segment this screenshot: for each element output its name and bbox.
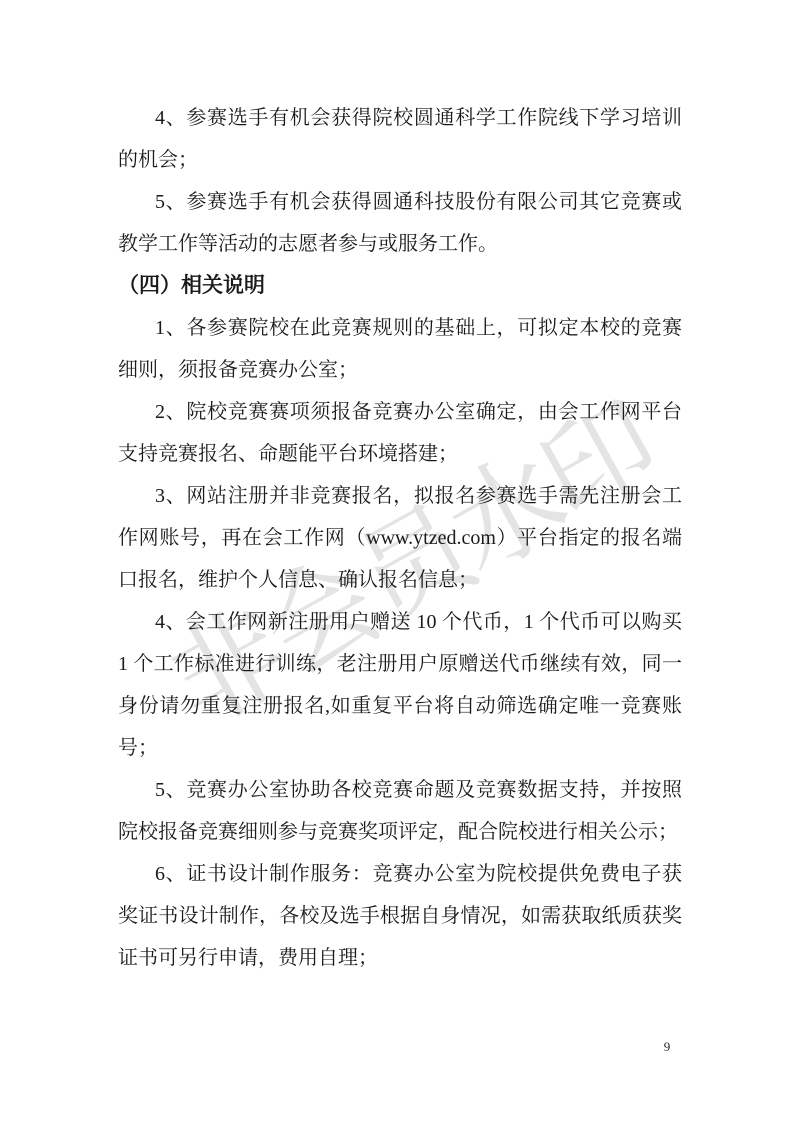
doc-line: 支持竞赛报名、命题能平台环境搭建； bbox=[118, 433, 682, 475]
paragraph-benefit-item-5: 5、参赛选手有机会获得圆通科技股份有限公司其它竞赛或 教学工作等活动的志愿者参与… bbox=[118, 181, 682, 265]
doc-line: 细则，须报备竞赛办公室； bbox=[118, 349, 682, 391]
doc-line: 作网账号，再在会工作网（www.ytzed.com）平台指定的报名端 bbox=[118, 517, 682, 559]
doc-line: 5、参赛选手有机会获得圆通科技股份有限公司其它竞赛或 bbox=[118, 181, 682, 223]
doc-line: 证书可另行申请，费用自理； bbox=[118, 937, 682, 979]
doc-line: 院校报备竞赛细则参与竞赛奖项评定，配合院校进行相关公示； bbox=[118, 811, 682, 853]
doc-line: 奖证书设计制作，各校及选手根据自身情况，如需获取纸质获奖 bbox=[118, 895, 682, 937]
doc-line: 的机会； bbox=[118, 139, 682, 181]
doc-line: 教学工作等活动的志愿者参与或服务工作。 bbox=[118, 223, 682, 265]
doc-line: 身份请勿重复注册报名,如重复平台将自动筛选确定唯一竞赛账 bbox=[118, 685, 682, 727]
paragraph-note-6: 6、证书设计制作服务：竞赛办公室为院校提供免费电子获 奖证书设计制作，各校及选手… bbox=[118, 853, 682, 979]
page-number: 9 bbox=[655, 1038, 679, 1056]
paragraph-note-2: 2、院校竞赛赛项须报备竞赛办公室确定，由会工作网平台 支持竞赛报名、命题能平台环… bbox=[118, 391, 682, 475]
doc-line: 1、各参赛院校在此竞赛规则的基础上，可拟定本校的竞赛 bbox=[118, 307, 682, 349]
section-heading: （四）相关说明 bbox=[118, 265, 682, 307]
doc-line: 5、竞赛办公室协助各校竞赛命题及竞赛数据支持，并按照 bbox=[118, 769, 682, 811]
doc-line: 3、网站注册并非竞赛报名，拟报名参赛选手需先注册会工 bbox=[118, 475, 682, 517]
paragraph-note-3: 3、网站注册并非竞赛报名，拟报名参赛选手需先注册会工 作网账号，再在会工作网（w… bbox=[118, 475, 682, 601]
doc-line: 1 个工作标准进行训练，老注册用户原赠送代币继续有效，同一 bbox=[118, 643, 682, 685]
doc-line: 口报名，维护个人信息、确认报名信息； bbox=[118, 559, 682, 601]
doc-line: 4、参赛选手有机会获得院校圆通科学工作院线下学习培训 bbox=[118, 97, 682, 139]
doc-line: 2、院校竞赛赛项须报备竞赛办公室确定，由会工作网平台 bbox=[118, 391, 682, 433]
paragraph-note-4: 4、会工作网新注册用户赠送 10 个代币，1 个代币可以购买 1 个工作标准进行… bbox=[118, 601, 682, 769]
document-page: 非会员水印 4、参赛选手有机会获得院校圆通科学工作院线下学习培训 的机会； 5、… bbox=[0, 0, 793, 1122]
paragraph-note-1: 1、各参赛院校在此竞赛规则的基础上，可拟定本校的竞赛 细则，须报备竞赛办公室； bbox=[118, 307, 682, 391]
paragraph-note-5: 5、竞赛办公室协助各校竞赛命题及竞赛数据支持，并按照 院校报备竞赛细则参与竞赛奖… bbox=[118, 769, 682, 853]
doc-line: 6、证书设计制作服务：竞赛办公室为院校提供免费电子获 bbox=[118, 853, 682, 895]
document-body: 4、参赛选手有机会获得院校圆通科学工作院线下学习培训 的机会； 5、参赛选手有机… bbox=[118, 97, 682, 979]
paragraph-benefit-item-4: 4、参赛选手有机会获得院校圆通科学工作院线下学习培训 的机会； bbox=[118, 97, 682, 181]
doc-line: 4、会工作网新注册用户赠送 10 个代币，1 个代币可以购买 bbox=[118, 601, 682, 643]
doc-line: 号； bbox=[118, 727, 682, 769]
section-heading-related-notes: （四）相关说明 bbox=[118, 265, 682, 307]
